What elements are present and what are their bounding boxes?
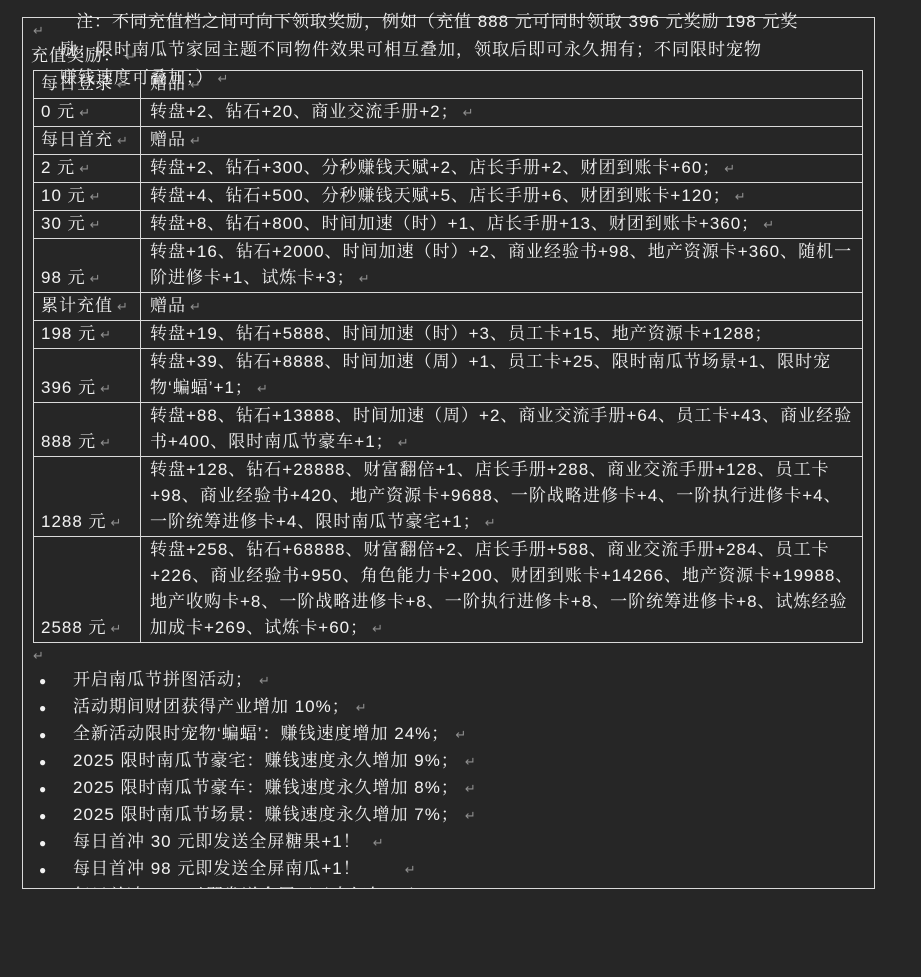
table-row: 30 元↵ 转盘+8、钻石+800、时间加速（时）+1、店长手册+13、财团到账… [34,211,863,239]
amount-cell: 2 元↵ [34,155,141,183]
table-row: 10 元↵ 转盘+4、钻石+500、分秒赚钱天赋+5、店长手册+6、财团到账卡+… [34,183,863,211]
table-row: 198 元↵ 转盘+19、钻石+5888、时间加速（时）+3、员工卡+15、地产… [34,321,863,349]
list-item-text: 每日首冲 30 元即发送全屏糖果+1！ [73,829,361,854]
paragraph-mark-icon: ↵ [79,105,90,120]
paragraph-mark-icon: ↵ [763,217,774,232]
amount-cell-text: 10 元 [41,186,86,205]
reward-cell-text: 转盘+88、钻石+13888、时间加速（周）+2、商业交流手册+64、员工卡+4… [150,406,852,451]
bullet-list: ●开启南瓜节拼图活动；↵ ●活动期间财团获得产业增加 10%；↵ ●全新活动限时… [31,667,866,889]
reward-cell: 转盘+88、钻石+13888、时间加速（周）+2、商业交流手册+64、员工卡+4… [141,403,863,457]
amount-cell-text: 2588 元 [41,618,107,637]
paragraph-mark-icon: ↵ [90,271,101,286]
reward-cell: 转盘+19、钻石+5888、时间加速（时）+3、员工卡+15、地产资源卡+128… [141,321,863,349]
reward-cell: 赠品↵ [141,127,863,155]
paragraph-mark-icon: ↵ [33,648,44,663]
paragraph-mark-icon: ↵ [111,515,122,530]
amount-cell-text: 30 元 [41,214,86,233]
paragraph-mark-icon: ↵ [735,189,746,204]
amount-cell: 累计充值↵ [34,293,141,321]
amount-cell: 0 元↵ [34,99,141,127]
empty-paragraph: ↵ [31,18,866,42]
reward-cell-text: 转盘+2、钻石+20、商业交流手册+2； [150,102,459,121]
paragraph-mark-icon: ↵ [90,217,101,232]
paragraph-mark-icon: ↵ [724,161,735,176]
table-row: 累计充值↵ 赠品↵ [34,293,863,321]
paragraph-mark-icon: ↵ [465,749,476,774]
paragraph-mark-icon: ↵ [33,23,44,38]
reward-cell: 转盘+2、钻石+20、商业交流手册+2；↵ [141,99,863,127]
list-item-text: 开启南瓜节拼图活动； [73,667,253,692]
amount-cell-text: 198 元 [41,324,96,343]
paragraph-mark-icon: ↵ [485,515,496,530]
paragraph-mark-icon: ↵ [111,621,122,636]
reward-cell-text: 转盘+19、钻石+5888、时间加速（时）+3、员工卡+15、地产资源卡+128… [150,324,773,343]
paragraph-mark-icon: ↵ [455,722,466,747]
list-item: ●2025 限时南瓜节豪车：赚钱速度永久增加 8%；↵ [39,775,866,802]
amount-cell: 396 元↵ [34,349,141,403]
reward-cell-text: 转盘+258、钻石+68888、财富翻倍+2、店长手册+588、商业交流手册+2… [150,540,853,637]
paragraph-mark-icon: ↵ [257,381,268,396]
paragraph-mark-icon: ↵ [117,299,128,314]
bullet-dot-icon: ● [39,804,73,829]
paragraph-mark-icon: ↵ [463,105,474,120]
bullet-dot-icon: ● [39,669,73,694]
amount-cell-text: 每日登录 [41,74,113,93]
amount-cell: 98 元↵ [34,239,141,293]
amount-cell: 30 元↵ [34,211,141,239]
text-boundary-box: ↵ 充值奖励：↵ 每日登录↵ 赠品↵ 0 元↵ 转盘+2、钻石+20、商业交流手… [22,17,875,889]
table-row: 2588 元↵ 转盘+258、钻石+68888、财富翻倍+2、店长手册+588、… [34,537,863,643]
bullet-dot-icon: ● [39,696,73,721]
paragraph-mark-icon: ↵ [125,49,136,64]
amount-cell-text: 2 元 [41,158,75,177]
amount-cell-text: 0 元 [41,102,75,121]
amount-cell-text: 396 元 [41,378,96,397]
reward-cell-text: 转盘+39、钻石+8888、时间加速（周）+1、员工卡+25、限时南瓜节场景+1… [150,352,831,397]
amount-cell: 10 元↵ [34,183,141,211]
reward-cell: 赠品↵ [141,293,863,321]
bullet-dot-icon: ● [39,750,73,775]
reward-cell-text: 转盘+16、钻石+2000、时间加速（时）+2、商业经验书+98、地产资源卡+3… [150,242,852,287]
reward-cell: 转盘+128、钻石+28888、财富翻倍+1、店长手册+288、商业交流手册+1… [141,457,863,537]
table-row: 1288 元↵ 转盘+128、钻石+28888、财富翻倍+1、店长手册+288、… [34,457,863,537]
list-item: ●2025 限时南瓜节豪宅：赚钱速度永久增加 9%；↵ [39,748,866,775]
list-item: ●活动期间财团获得产业增加 10%；↵ [39,694,866,721]
amount-cell-text: 888 元 [41,432,96,451]
amount-cell: 每日登录↵ [34,71,141,99]
amount-cell: 1288 元↵ [34,457,141,537]
paragraph-mark-icon: ↵ [431,884,442,889]
paragraph-mark-icon: ↵ [79,161,90,176]
reward-cell: 转盘+258、钻石+68888、财富翻倍+2、店长手册+588、商业交流手册+2… [141,537,863,643]
paragraph-mark-icon: ↵ [405,857,416,882]
table-row: 396 元↵ 转盘+39、钻石+8888、时间加速（周）+1、员工卡+25、限时… [34,349,863,403]
paragraph-mark-icon: ↵ [100,327,111,342]
empty-paragraph: ↵ [31,643,866,667]
rewards-table: 每日登录↵ 赠品↵ 0 元↵ 转盘+2、钻石+20、商业交流手册+2；↵ 每日首… [33,70,863,643]
list-item-text: 全新活动限时宠物‘蝙蝠’：赚钱速度增加 24%； [73,721,449,746]
reward-cell: 转盘+2、钻石+300、分秒赚钱天赋+2、店长手册+2、财团到账卡+60；↵ [141,155,863,183]
bullet-dot-icon: ● [39,858,73,883]
bullet-dot-icon: ● [39,831,73,856]
list-item-text: 每日首冲 98 元即发送全屏南瓜+1！ [73,856,361,881]
paragraph-mark-icon: ↵ [373,830,384,855]
amount-cell: 198 元↵ [34,321,141,349]
table-row: 98 元↵ 转盘+16、钻石+2000、时间加速（时）+2、商业经验书+98、地… [34,239,863,293]
amount-cell-text: 每日首充 [41,130,113,149]
reward-cell-text: 转盘+128、钻石+28888、财富翻倍+1、店长手册+288、商业交流手册+1… [150,460,842,531]
paragraph-mark-icon: ↵ [359,271,370,286]
paragraph-mark-icon: ↵ [465,803,476,828]
table-row: 888 元↵ 转盘+88、钻石+13888、时间加速（周）+2、商业交流手册+6… [34,403,863,457]
list-item-text: 2025 限时南瓜节豪宅：赚钱速度永久增加 9%； [73,748,459,773]
document-page: ↵ 充值奖励：↵ 每日登录↵ 赠品↵ 0 元↵ 转盘+2、钻石+20、商业交流手… [0,8,921,977]
reward-cell: 转盘+4、钻石+500、分秒赚钱天赋+5、店长手册+6、财团到账卡+120；↵ [141,183,863,211]
paragraph-mark-icon: ↵ [190,133,201,148]
reward-cell-text: 赠品 [150,130,186,149]
amount-cell: 888 元↵ [34,403,141,457]
paragraph-mark-icon: ↵ [90,189,101,204]
paragraph-mark-icon: ↵ [465,776,476,801]
table-row: 2 元↵ 转盘+2、钻石+300、分秒赚钱天赋+2、店长手册+2、财团到账卡+6… [34,155,863,183]
reward-cell-text: 赠品 [150,296,186,315]
list-item: ●2025 限时南瓜节场景：赚钱速度永久增加 7%；↵ [39,802,866,829]
table-row: 每日首充↵ 赠品↵ [34,127,863,155]
table-row: 0 元↵ 转盘+2、钻石+20、商业交流手册+2；↵ [34,99,863,127]
amount-cell: 每日首充↵ [34,127,141,155]
paragraph-mark-icon: ↵ [356,695,367,720]
paragraph-mark-icon: ↵ [190,77,201,92]
section-title: 充值奖励： [31,46,121,65]
paragraph-mark-icon: ↵ [100,435,111,450]
bullet-dot-icon: ● [39,777,73,802]
paragraph-mark-icon: ↵ [398,435,409,450]
list-item-text: 每日首冲 198 元即发送全屏万圣大红包+1！ [73,883,425,889]
paragraph-mark-icon: ↵ [372,621,383,636]
list-item: ●每日首冲 30 元即发送全屏糖果+1！↵ [39,829,866,856]
list-item-text: 活动期间财团获得产业增加 10%； [73,694,350,719]
reward-cell-text: 转盘+2、钻石+300、分秒赚钱天赋+2、店长手册+2、财团到账卡+60； [150,158,720,177]
list-item: ●每日首冲 198 元即发送全屏万圣大红包+1！↵ [39,883,866,889]
amount-cell-text: 98 元 [41,268,86,287]
paragraph-mark-icon: ↵ [259,668,270,693]
amount-cell-text: 累计充值 [41,296,113,315]
paragraph-mark-icon: ↵ [190,299,201,314]
reward-cell-text: 转盘+4、钻石+500、分秒赚钱天赋+5、店长手册+6、财团到账卡+120； [150,186,731,205]
reward-cell: 转盘+39、钻石+8888、时间加速（周）+1、员工卡+25、限时南瓜节场景+1… [141,349,863,403]
amount-cell-text: 1288 元 [41,512,107,531]
list-item: ●全新活动限时宠物‘蝙蝠’：赚钱速度增加 24%；↵ [39,721,866,748]
reward-cell-text: 转盘+8、钻石+800、时间加速（时）+1、店长手册+13、财团到账卡+360； [150,214,759,233]
bullet-dot-icon: ● [39,885,73,889]
reward-cell: 转盘+8、钻石+800、时间加速（时）+1、店长手册+13、财团到账卡+360；… [141,211,863,239]
list-item-text: 2025 限时南瓜节场景：赚钱速度永久增加 7%； [73,802,459,827]
list-item: ●每日首冲 98 元即发送全屏南瓜+1！↵ [39,856,866,883]
bullet-dot-icon: ● [39,723,73,748]
section-title-line: 充值奖励：↵ [31,42,866,70]
list-item: ●开启南瓜节拼图活动；↵ [39,667,866,694]
table-row: 每日登录↵ 赠品↵ [34,71,863,99]
list-item-text: 2025 限时南瓜节豪车：赚钱速度永久增加 8%； [73,775,459,800]
reward-cell: 转盘+16、钻石+2000、时间加速（时）+2、商业经验书+98、地产资源卡+3… [141,239,863,293]
paragraph-mark-icon: ↵ [117,133,128,148]
paragraph-mark-icon: ↵ [117,77,128,92]
reward-cell: 赠品↵ [141,71,863,99]
paragraph-mark-icon: ↵ [100,381,111,396]
reward-cell-text: 赠品 [150,74,186,93]
amount-cell: 2588 元↵ [34,537,141,643]
